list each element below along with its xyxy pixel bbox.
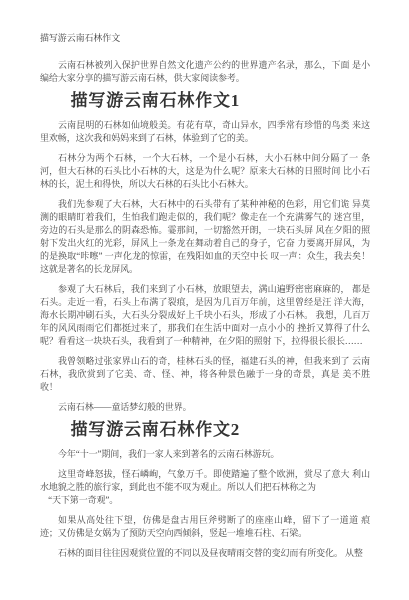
essay1-paragraph-3: 我们先参观了大石林，大石林中的石头带有了某种神秘的色彩，用它们诡 异莫测的眼睛盯… xyxy=(40,198,370,276)
essay2-paragraph-3: 如果从高处往下望，仿佛是盘古用巨斧劈断了的座座山峰，留下了一道道 痕迹；又仿佛是… xyxy=(40,514,370,540)
essay1-paragraph-5: 我曾领略过张家界山石的奇，桂林石头的怪，福建石头的神，但我来到了 云南石林，我欣… xyxy=(40,355,370,394)
section-1-heading: 描写游云南石林作文1 xyxy=(40,92,370,110)
essay2-paragraph-4: 石林的面目往往因观赏位置的不同以及昼夜晴雨交替的变幻而有所变化。 从整 xyxy=(40,547,370,560)
document-page: 描写游云南石林作文 云南石林被列入保护世界自然文化遗产公约的世界遗产名录，那么，… xyxy=(0,0,409,600)
essay1-paragraph-1: 云南昆明的石林如仙境般美。有花有草，奇山异水，四季常有珍惜的鸟类 来这里欢畅，这… xyxy=(40,119,370,145)
essay1-paragraph-4: 参观了大石林后，我们来到了小石林，放眼望去，满山遍野密密麻麻的， 都是石头。走近… xyxy=(40,283,370,348)
essay1-paragraph-6: 云南石林——童话梦幻般的世界。 xyxy=(40,401,370,414)
essay2-quote-line: “天下第一奇观”。 xyxy=(40,494,370,507)
essay1-paragraph-2: 石林分为两个石林，一个大石林，一个是小石林，大小石林中间分隔了一 条河，但大石林… xyxy=(40,152,370,191)
intro-paragraph: 云南石林被列入保护世界自然文化遗产公约的世界遗产名录，那么，下面 是小编给大家分… xyxy=(40,59,370,85)
essay2-paragraph-2: 这里奇峰怒拔，怪石嶙峋，气象万千。即使踏遍了整个欧洲，赏尽了意大 利山水地貌之胜… xyxy=(40,468,370,494)
essay2-paragraph-1: 今年“十一”期间，我们一家人来到著名的云南石林游玩。 xyxy=(40,448,370,461)
document-title: 描写游云南石林作文 xyxy=(40,32,370,45)
section-2-heading: 描写游云南石林作文2 xyxy=(40,421,370,439)
